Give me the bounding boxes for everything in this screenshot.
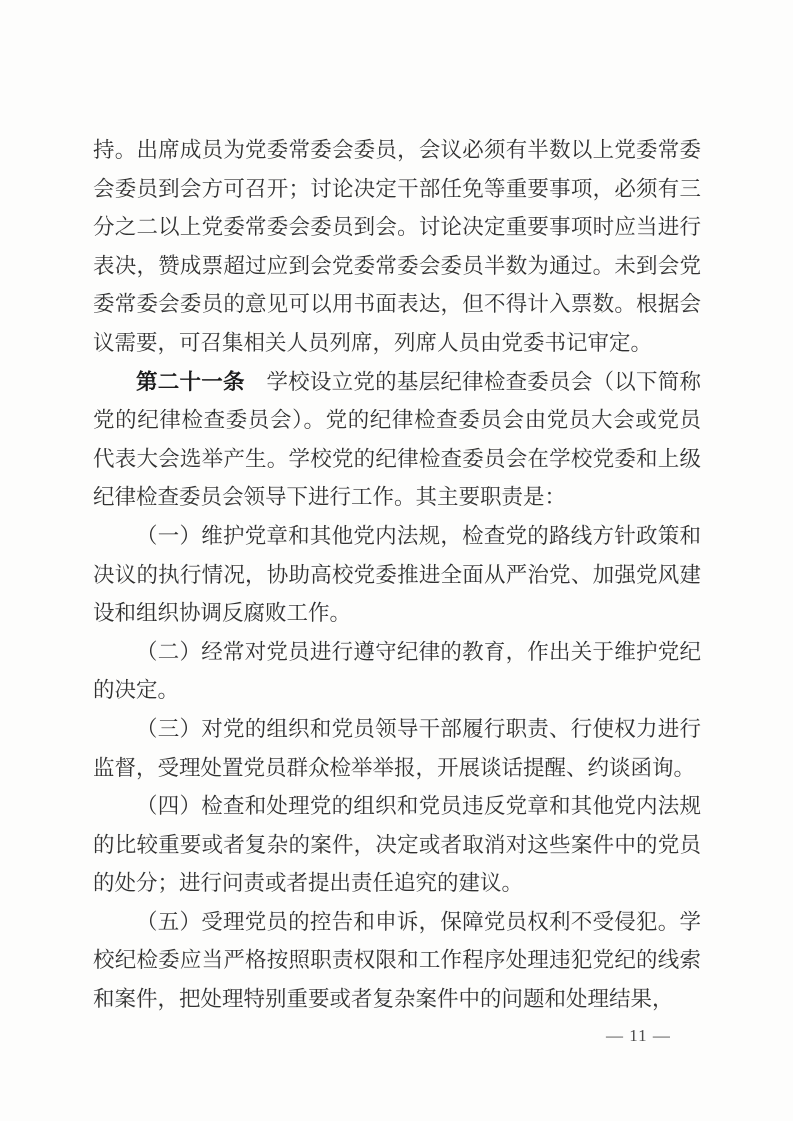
- page-footer: — 11 —: [606, 1026, 671, 1046]
- paragraph-continuation: 持。出席成员为党委常委会委员，会议必须有半数以上党委常委会委员到会方可召开；讨论…: [93, 131, 701, 363]
- paragraph-text: （一）维护党章和其他党内法规，检查党的路线方针政策和决议的执行情况，协助高校党委…: [93, 524, 701, 625]
- paragraph-item-1: （一）维护党章和其他党内法规，检查党的路线方针政策和决议的执行情况，协助高校党委…: [93, 517, 701, 633]
- paragraph-item-2: （二）经常对党员进行遵守纪律的教育，作出关于维护党纪的决定。: [93, 633, 701, 710]
- paragraph-text: （五）受理党员的控告和申诉，保障党员权利不受侵犯。学校纪检委应当严格按照职责权限…: [93, 910, 701, 1011]
- page-number: — 11 —: [606, 1026, 671, 1045]
- paragraph-text: （三）对党的组织和党员领导干部履行职责、行使权力进行监督，受理处置党员群众检举举…: [93, 717, 701, 780]
- paragraph-item-4: （四）检查和处理党的组织和党员违反党章和其他党内法规的比较重要或者复杂的案件，决…: [93, 787, 701, 903]
- paragraph-item-3: （三）对党的组织和党员领导干部履行职责、行使权力进行监督，受理处置党员群众检举举…: [93, 710, 701, 787]
- paragraph-text: （四）检查和处理党的组织和党员违反党章和其他党内法规的比较重要或者复杂的案件，决…: [93, 794, 701, 895]
- article-number: 第二十一条: [136, 370, 245, 394]
- document-page: 持。出席成员为党委常委会委员，会议必须有半数以上党委常委会委员到会方可召开；讨论…: [0, 0, 793, 1121]
- document-body: 持。出席成员为党委常委会委员，会议必须有半数以上党委常委会委员到会方可召开；讨论…: [93, 131, 701, 1019]
- paragraph-text: （二）经常对党员进行遵守纪律的教育，作出关于维护党纪的决定。: [93, 640, 701, 703]
- paragraph-article-21: 第二十一条 学校设立党的基层纪律检查委员会（以下简称党的纪律检查委员会）。党的纪…: [93, 363, 701, 517]
- paragraph-text: 持。出席成员为党委常委会委员，会议必须有半数以上党委常委会委员到会方可召开；讨论…: [93, 138, 701, 355]
- paragraph-item-5: （五）受理党员的控告和申诉，保障党员权利不受侵犯。学校纪检委应当严格按照职责权限…: [93, 903, 701, 1019]
